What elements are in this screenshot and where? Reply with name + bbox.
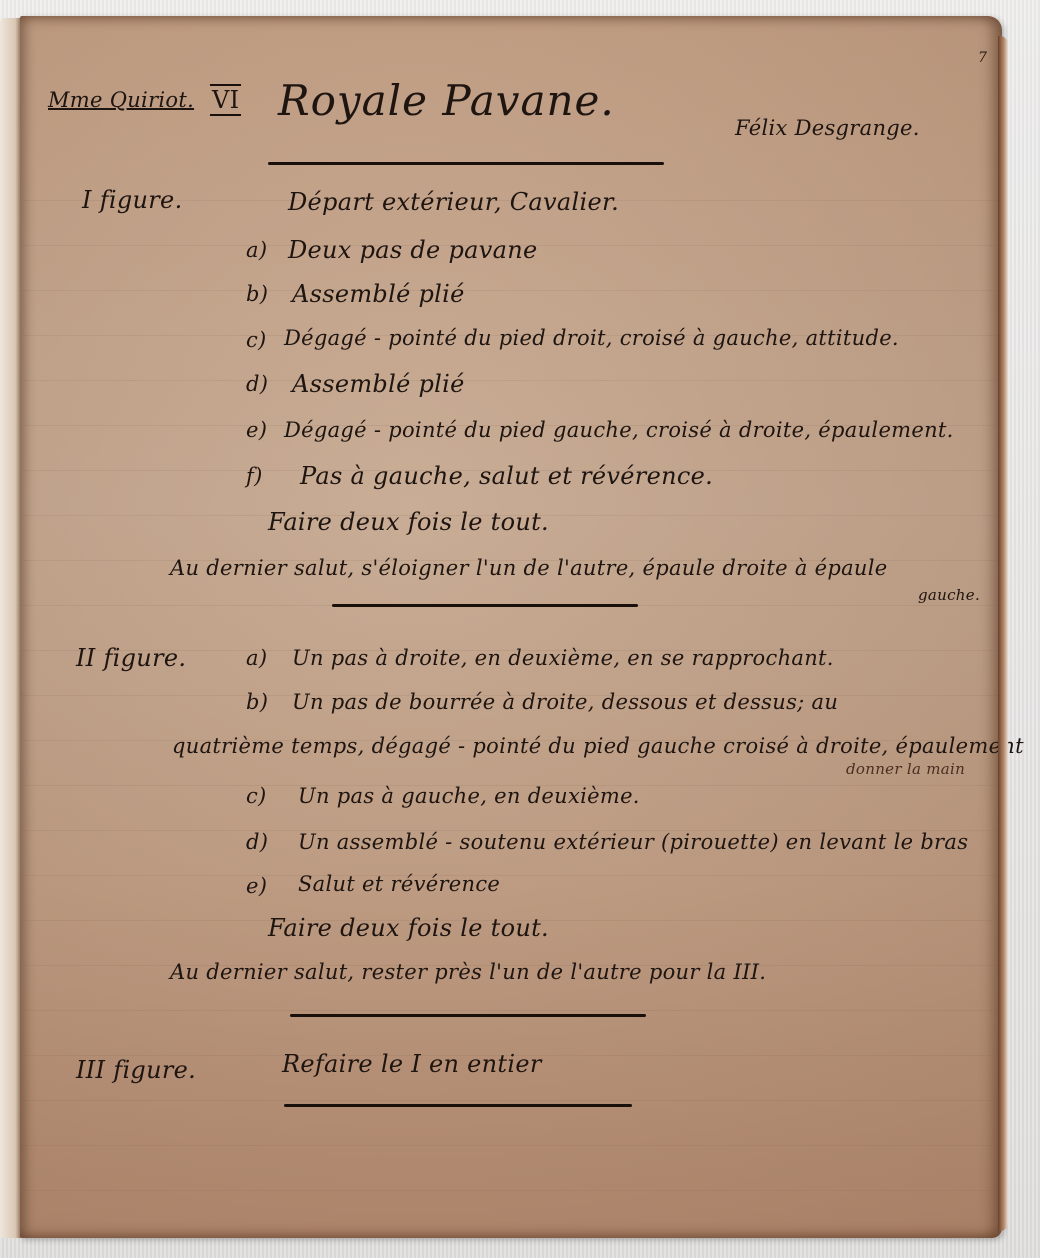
author-right: Félix Desgrange. bbox=[735, 116, 920, 140]
figure-1-step: Assemblé plié bbox=[292, 370, 465, 398]
dance-title: Royale Pavane. bbox=[278, 76, 615, 125]
dance-number: VI bbox=[210, 86, 241, 114]
figure-1-closing-cont: gauche. bbox=[918, 586, 980, 604]
figure-2-step-marker: b) bbox=[246, 690, 268, 714]
figure-3-text: Refaire le I en entier bbox=[282, 1050, 542, 1078]
figure-2-step-marker: d) bbox=[246, 830, 268, 854]
figure-1-step-marker: d) bbox=[246, 372, 268, 396]
notebook-page: 7 Mme Quiriot. VI Royale Pavane. Félix D… bbox=[20, 16, 1002, 1238]
figure-1-step-marker: e) bbox=[246, 418, 267, 442]
figure-2-step: Un assemblé - soutenu extérieur (pirouet… bbox=[298, 830, 968, 854]
figure-1-step: Dégagé - pointé du pied gauche, croisé à… bbox=[284, 418, 954, 442]
figure-1-closing: Au dernier salut, s'éloigner l'un de l'a… bbox=[170, 556, 887, 580]
ruled-lines bbox=[20, 156, 1002, 1198]
figure-1-step-marker: f) bbox=[246, 464, 263, 488]
figure-1-step-marker: b) bbox=[246, 282, 268, 306]
figure-2-closing: Au dernier salut, rester près l'un de l'… bbox=[170, 960, 766, 984]
figure-3-label: III figure. bbox=[76, 1056, 196, 1084]
figure-2-step: Un pas à droite, en deuxième, en se rapp… bbox=[292, 646, 834, 670]
figure-2-step: Un pas de bourrée à droite, dessous et d… bbox=[292, 690, 838, 714]
figure-1-step: Assemblé plié bbox=[292, 280, 465, 308]
figure-2-step: Un pas à gauche, en deuxième. bbox=[298, 784, 640, 808]
page-number: 7 bbox=[978, 50, 987, 66]
figure-2-margin-note: donner la main bbox=[846, 760, 965, 778]
figure-2-label: II figure. bbox=[76, 644, 186, 672]
title-divider bbox=[268, 162, 664, 165]
figure-1-step-marker: a) bbox=[246, 238, 267, 262]
figure-1-repeat: Faire deux fois le tout. bbox=[268, 508, 549, 536]
figure-2-step: Salut et révérence bbox=[298, 872, 500, 896]
previous-page-edge bbox=[0, 18, 22, 1238]
figure-2-divider bbox=[290, 1014, 646, 1017]
figure-2-step-marker: e) bbox=[246, 874, 267, 898]
figure-1-step: Pas à gauche, salut et révérence. bbox=[300, 462, 713, 490]
figure-1-step-marker: c) bbox=[246, 328, 267, 352]
author-left: Mme Quiriot. bbox=[48, 88, 194, 112]
figure-1-step: Dégagé - pointé du pied droit, croisé à … bbox=[284, 326, 899, 350]
figure-1-label: I figure. bbox=[82, 186, 183, 214]
figure-1-divider bbox=[332, 604, 638, 607]
figure-1-intro: Départ extérieur, Cavalier. bbox=[288, 188, 619, 216]
figure-2-step-cont: quatrième temps, dégagé - pointé du pied… bbox=[172, 734, 1024, 758]
figure-1-step: Deux pas de pavane bbox=[288, 236, 537, 264]
figure-2-step-marker: a) bbox=[246, 646, 267, 670]
figure-2-step-marker: c) bbox=[246, 784, 267, 808]
figure-2-repeat: Faire deux fois le tout. bbox=[268, 914, 549, 942]
figure-3-divider bbox=[284, 1104, 632, 1107]
